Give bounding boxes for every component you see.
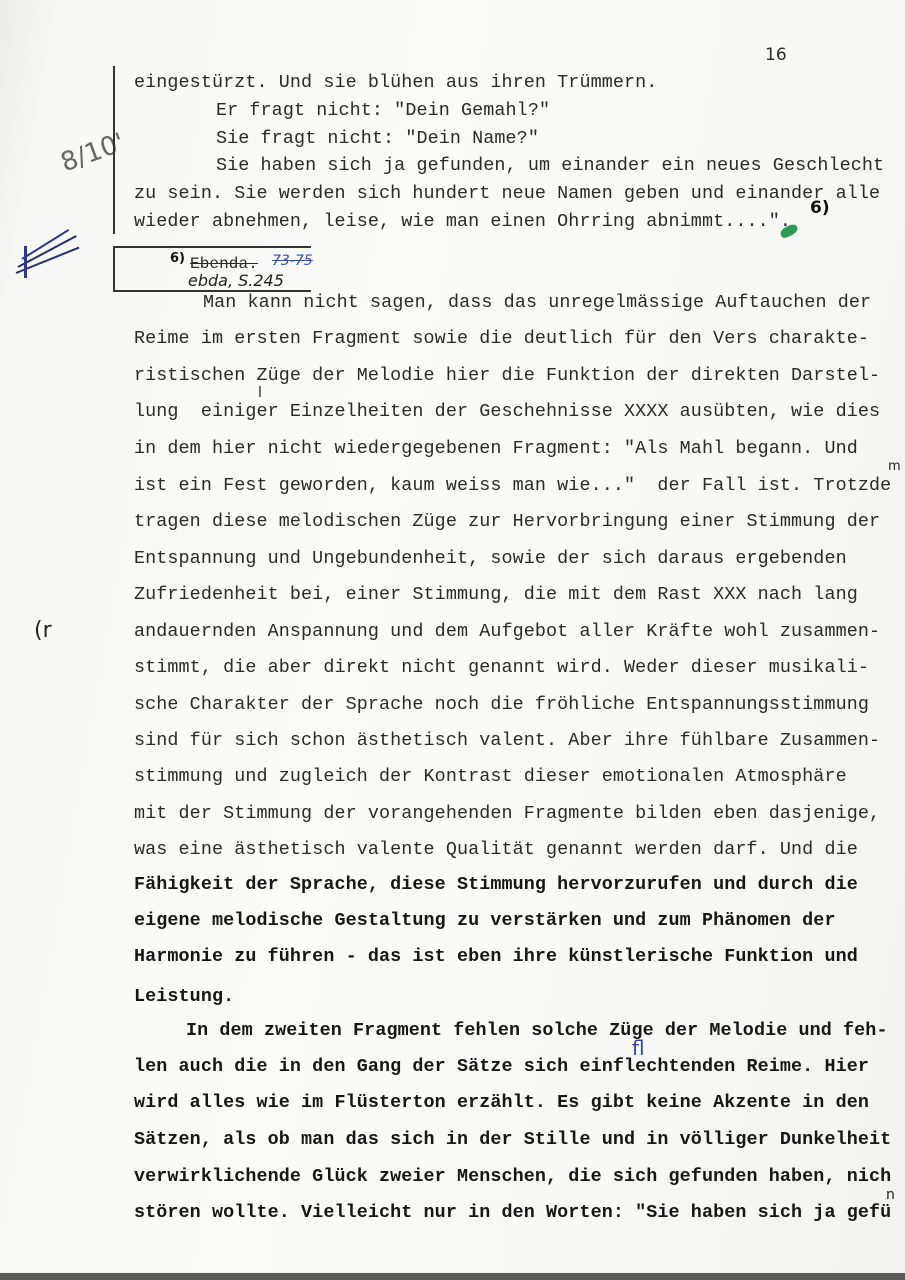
body-line: eigene melodische Gestaltung zu verstärk…	[134, 912, 836, 930]
correction-mark: n	[886, 1188, 895, 1202]
quote-line: Sie haben sich ja gefunden, um einander …	[216, 157, 884, 175]
body-line: andauernden Anspannung und dem Aufgebot …	[134, 623, 880, 641]
body-line: len auch die in den Gang der Sätze sich …	[134, 1058, 869, 1076]
body-line: was eine ästhetisch valente Qualität gen…	[134, 841, 858, 859]
body-line: Man kann nicht sagen, dass das unregelmä…	[203, 294, 871, 312]
footnote-struck-pages: 73-75	[272, 254, 313, 268]
body-line: Reime im ersten Fragment sowie die deutl…	[134, 330, 869, 348]
correction-mark: m	[888, 460, 901, 473]
page-number: 16	[765, 47, 787, 64]
body-line: In dem zweiten Fragment fehlen solche Zü…	[186, 1022, 888, 1040]
body-line: stören wollte. Vielleicht nur in den Wor…	[134, 1204, 891, 1222]
body-line: ristischen Züge der Melodie hier die Fun…	[134, 367, 880, 385]
typescript-page: 16 8/10' (r eingestürzt. Und sie blühen …	[0, 0, 905, 1272]
body-line: stimmt, die aber direkt nicht genannt wi…	[134, 659, 869, 677]
quote-margin-bar	[113, 66, 115, 234]
body-line: Entspannung und Ungebundenheit, sowie de…	[134, 550, 847, 568]
body-line: sche Charakter der Sprache noch die fröh…	[134, 696, 869, 714]
correction-mark: l	[258, 386, 262, 400]
quote-line: Sie fragt nicht: "Dein Name?"	[216, 130, 539, 148]
footnote-struck-text: Ebenda.	[190, 256, 258, 272]
body-line: lung einiger Einzelheiten der Geschehnis…	[134, 403, 880, 421]
body-line: verwirklichende Glück zweier Menschen, d…	[134, 1168, 891, 1186]
margin-time-note: 8/10'	[58, 130, 128, 177]
scan-bottom-edge	[0, 1273, 905, 1280]
body-line: Fähigkeit der Sprache, diese Stimmung he…	[134, 876, 858, 894]
body-line: Sätzen, als ob man das sich in der Still…	[134, 1131, 891, 1149]
struck-signature-icon	[14, 236, 84, 281]
correction-mark: fl	[632, 1038, 645, 1058]
body-line: in dem hier nicht wiedergegebenen Fragme…	[134, 440, 858, 458]
body-line: ist ein Fest geworden, kaum weiss man wi…	[134, 477, 891, 495]
margin-correction-mark: (r	[34, 620, 52, 642]
body-line: Zufriedenheit bei, einer Stimmung, die m…	[134, 586, 858, 604]
body-line: tragen diese melodischen Züge zur Hervor…	[134, 513, 880, 531]
quote-line: Er fragt nicht: "Dein Gemahl?"	[216, 102, 550, 120]
body-line: Harmonie zu führen - das ist eben ihre k…	[134, 948, 858, 966]
body-line: Leistung.	[134, 988, 234, 1006]
footnote-marker: 6)	[170, 252, 185, 265]
footnote-handwritten-citation: ebda, S.245	[188, 273, 284, 289]
quote-line: wieder abnehmen, leise, wie man einen Oh…	[134, 213, 791, 231]
quote-line: eingestürzt. Und sie blühen aus ihren Tr…	[134, 74, 657, 92]
body-line: mit der Stimmung der vorangehenden Fragm…	[134, 805, 880, 823]
quote-line: zu sein. Sie werden sich hundert neue Na…	[134, 185, 880, 203]
body-line: stimmung und zugleich der Kontrast diese…	[134, 768, 847, 786]
body-line: wird alles wie im Flüsterton erzählt. Es…	[134, 1094, 869, 1112]
quote-footnote-marker: 6)	[810, 200, 830, 217]
body-line: sind für sich schon ästhetisch valent. A…	[134, 732, 880, 750]
